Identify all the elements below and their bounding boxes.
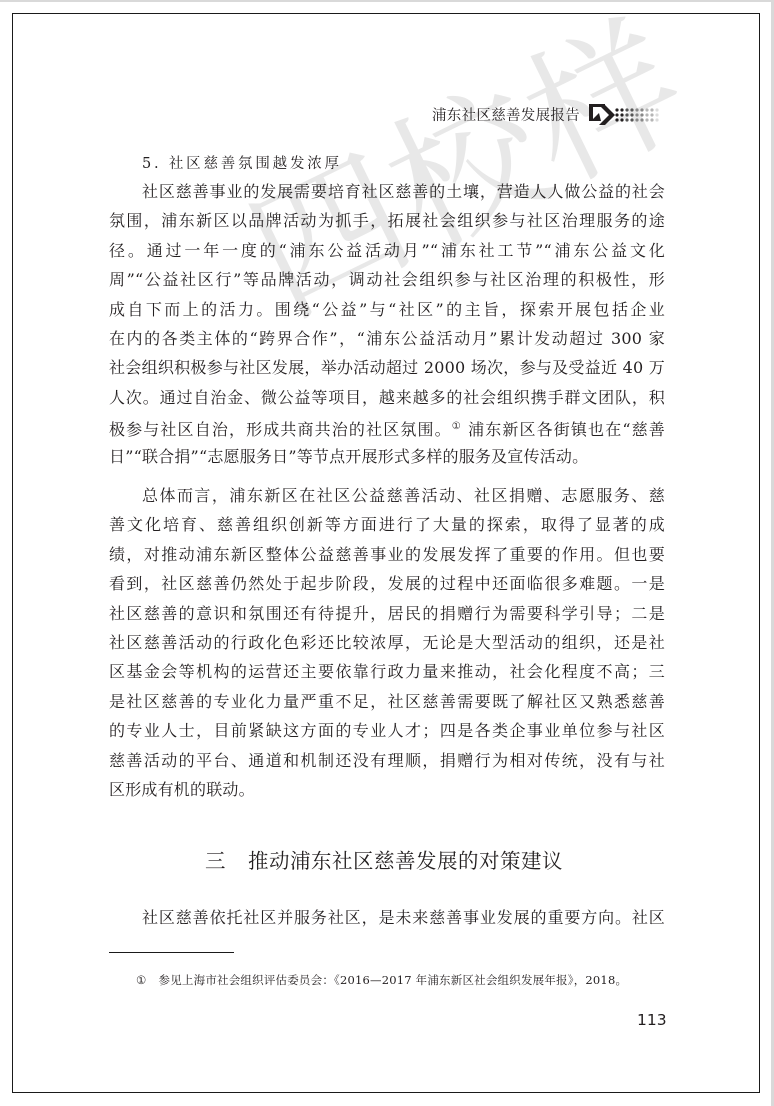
footnote-reference[interactable]: ① xyxy=(452,421,462,432)
paragraph-2: 总体而言，浦东新区在社区公益慈善活动、社区捐赠、志愿服务、慈 善文化培育、慈善组… xyxy=(109,481,665,804)
text-line: 极参与社区自治，形成共商共治的社区氛围。① 浦东新区各街镇也在“慈善 xyxy=(109,412,665,441)
paragraph-1: 社区慈善事业的发展需要培育社区慈善的土壤，营造人人做公益的社会 氛围，浦东新区以… xyxy=(109,177,665,471)
text-line: 是社区慈善的专业化力量严重不足，社区慈善需要既了解社区又熟悉慈善 xyxy=(109,687,665,716)
footnote: ①参见上海市社会组织评估委员会：《2016—2017 年浦东新区社会组织发展年报… xyxy=(136,972,627,988)
text-segment: 极参与社区自治，形成共商共治的社区氛围。 xyxy=(109,420,452,439)
section-heading: 三推动浦东社区慈善发展的对策建议 xyxy=(205,844,563,874)
text-line: 人次。通过自治金、微公益等项目，越来越多的社会组织携手群文团队，积 xyxy=(109,383,665,412)
text-line: 周”“公益社区行”等品牌活动，调动社会组织参与社区治理的积极性，形 xyxy=(109,265,665,294)
subsection-heading: 5. 社区慈善氛围越发浓厚 xyxy=(142,152,342,173)
text-line: 社区慈善依托社区并服务社区，是未来慈善事业发展的重要方向。社区 xyxy=(109,903,665,932)
text-line: 善文化培育、慈善组织创新等方面进行了大量的探索，取得了显著的成 xyxy=(109,510,665,539)
viewer-top-edge xyxy=(0,0,774,2)
arrow-dots-logo-icon xyxy=(587,101,667,129)
running-header: 浦东社区慈善发展报告 xyxy=(432,104,580,125)
text-line: 总体而言，浦东新区在社区公益慈善活动、社区捐赠、志愿服务、慈 xyxy=(109,481,665,510)
text-line: 社区慈善事业的发展需要培育社区慈善的土壤，营造人人做公益的社会 xyxy=(109,177,665,206)
text-segment: 浦东新区各街镇也在“慈善 xyxy=(462,420,665,439)
text-line: 区基金会等机构的运营还主要依靠行政力量来推动，社会化程度不高；三 xyxy=(109,657,665,686)
footnote-mark: ① xyxy=(136,973,147,987)
footnote-divider xyxy=(109,952,234,953)
section-title: 推动浦东社区慈善发展的对策建议 xyxy=(248,849,563,873)
text-line: 绩，对推动浦东新区整体公益慈善事业的发展发挥了重要的作用。但也要 xyxy=(109,540,665,569)
page-number: 113 xyxy=(637,1011,667,1029)
section-number: 三 xyxy=(205,849,226,873)
text-line: 氛围，浦东新区以品牌活动为抓手，拓展社会组织参与社区治理服务的途 xyxy=(109,206,665,235)
footnote-text: 参见上海市社会组织评估委员会：《2016—2017 年浦东新区社会组织发展年报》… xyxy=(159,973,628,987)
text-line: 在内的各类主体的“跨界合作”，“浦东公益活动月”累计发动超过 300 家 xyxy=(109,324,665,353)
text-line: 社区慈善的意识和氛围还有待提升，居民的捐赠行为需要科学引导；二是 xyxy=(109,599,665,628)
text-line: 区形成有机的联动。 xyxy=(109,775,665,804)
text-line: 的专业人士，目前紧缺这方面的专业人才；四是各类企事业单位参与社区 xyxy=(109,716,665,745)
text-line: 社会组织积极参与社区发展，举办活动超过 2000 场次，参与及受益近 40 万 xyxy=(109,353,665,382)
paragraph-3: 社区慈善依托社区并服务社区，是未来慈善事业发展的重要方向。社区 xyxy=(109,903,665,932)
text-line: 径。通过一年一度的“浦东公益活动月”“浦东社工节”“浦东公益文化 xyxy=(109,236,665,265)
text-line: 看到，社区慈善仍然处于起步阶段，发展的过程中还面临很多难题。一是 xyxy=(109,569,665,598)
text-line: 慈善活动的平台、通道和机制还没有理顺，捐赠行为相对传统，没有与社 xyxy=(109,746,665,775)
text-line: 社区慈善活动的行政化色彩还比较浓厚，无论是大型活动的组织，还是社 xyxy=(109,628,665,657)
text-line: 成自下而上的活力。围绕“公益”与“社区”的主旨，探索开展包括企业 xyxy=(109,295,665,324)
text-line: 日”“联合捐”“志愿服务日”等节点开展形式多样的服务及宣传活动。 xyxy=(109,442,665,471)
